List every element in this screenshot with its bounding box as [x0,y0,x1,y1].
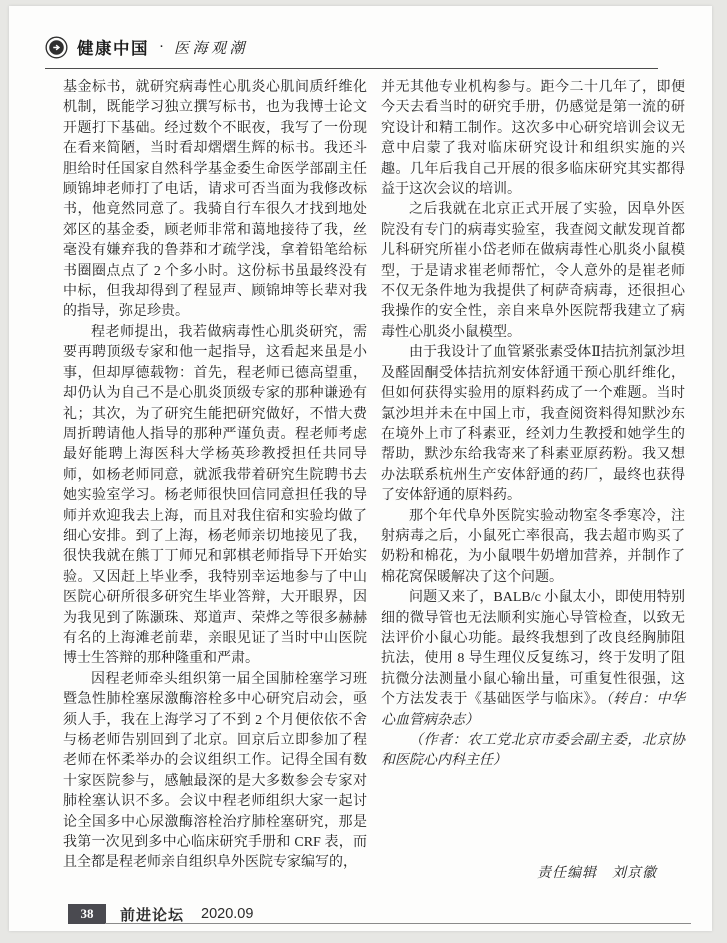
page-header: 健康中国 · 医海观潮 [45,34,248,60]
footer-divider [105,923,691,924]
paragraph: 那个年代阜外医院实验动物室冬季寒冷，注射病毒之后，小鼠死亡率很高，我去超市购买了… [381,507,685,589]
right-column: 并无其他专业机构参与。距今二十几年了，即便今天去看当时的研究手册，仍感觉是第一流… [381,78,685,878]
paragraph: 因程老师牵头组织第一届全国肺栓塞学习班暨急性肺栓塞尿激酶溶栓多中心研究启动会，亟… [63,670,367,874]
page-number-badge: 38 [68,904,106,924]
paragraph: 由于我设计了血管紧张素受体Ⅱ拮抗剂氯沙坦及醛固酮受体拮抗剂安体舒通干预心肌纤维化… [381,343,685,506]
header-divider [45,68,658,69]
issue-date: 2020.09 [201,906,253,922]
arrow-circle-icon [45,36,68,59]
author-note: （作者：农工党北京市委会副主委，北京协和医院心内科主任） [381,731,685,772]
paragraph: 之后我就在北京正式开展了实验，因阜外医院没有专门的病毒实验室，我查阅文献发现首都… [381,200,685,343]
section-title: 医海观潮 [174,37,248,58]
article-body: 基金标书，就研究病毒性心肌炎心肌间质纤维化机制，既能学习独立撰写标书，也为我博士… [63,78,685,878]
paragraph: 程老师提出，我若做病毒性心肌炎研究，需要再聘顶级专家和他一起指导，这看起来虽是小… [63,323,367,670]
paragraph: 问题又来了，BALB/c 小鼠太小，即使用特别细的微导管也无法顺利实施心导管检查… [381,588,685,731]
header-separator: · [159,39,164,56]
scanned-page: 健康中国 · 医海观潮 基金标书，就研究病毒性心肌炎心肌间质纤维化机制，既能学习… [9,6,712,931]
brand-title: 健康中国 [77,35,149,59]
paragraph: 并无其他专业机构参与。距今二十几年了，即便今天去看当时的研究手册，仍感觉是第一流… [381,78,685,200]
paragraph-text: 问题又来了，BALB/c 小鼠太小，即使用特别细的微导管也无法顺利实施心导管检查… [381,590,685,707]
page-footer: 38 前进论坛 2020.09 [68,903,253,925]
paragraph: 基金标书，就研究病毒性心肌炎心肌间质纤维化机制，既能学习独立撰写标书，也为我博士… [63,78,367,323]
editor-credit: 责任编辑 刘京徽 [537,862,657,882]
journal-name: 前进论坛 [120,904,184,925]
left-column: 基金标书，就研究病毒性心肌炎心肌间质纤维化机制，既能学习独立撰写标书，也为我博士… [63,78,367,878]
